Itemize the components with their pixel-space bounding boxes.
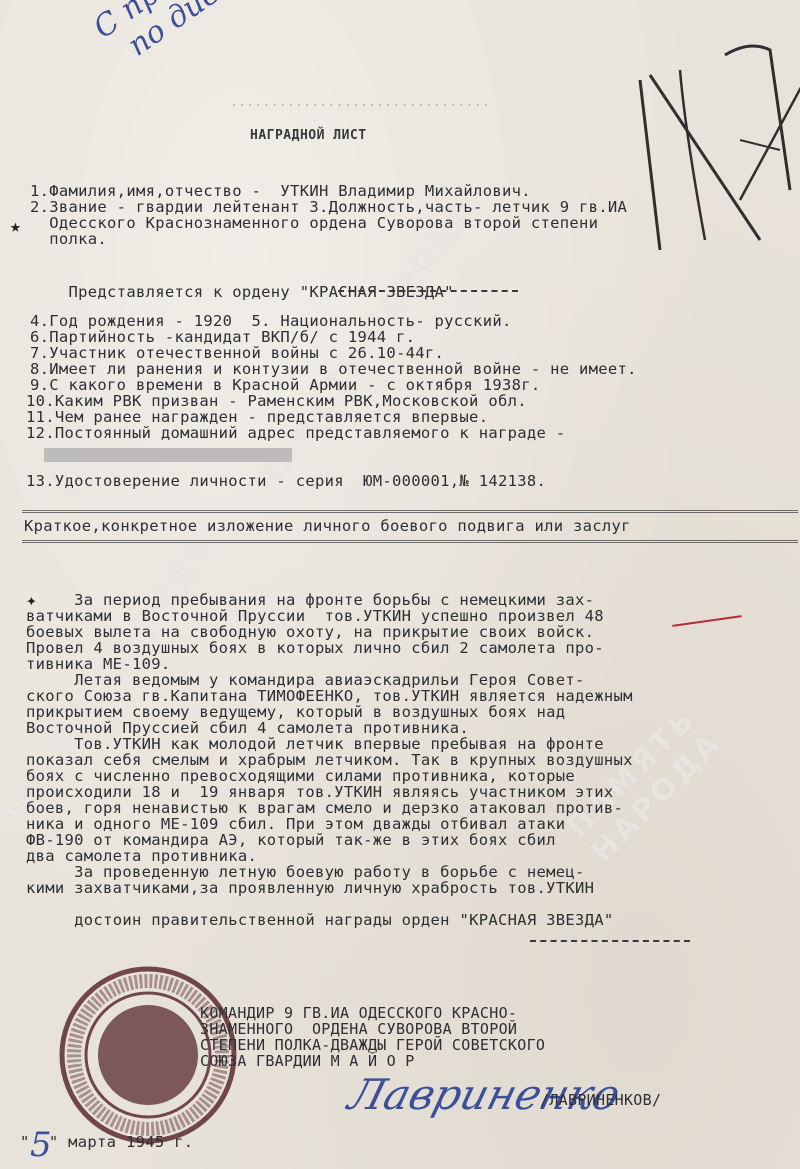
signature-block-line: СОЮЗА ГВАРДИИ М А Й О Р xyxy=(200,1053,415,1069)
faded-header: ................................ xyxy=(230,95,490,111)
field-line: 12.Постоянный домашний адрес представляе… xyxy=(26,425,565,441)
field-line: полка. xyxy=(30,231,107,247)
narrative-line: прикрытием своему ведущему, который в во… xyxy=(26,704,633,720)
document-title: НАГРАДНОЙ ЛИСТ xyxy=(250,128,367,144)
field-line: 13.Удостоверение личности - серия ЮМ-000… xyxy=(26,473,546,489)
narrative-line: Провел 4 воздушных боях в которых лично … xyxy=(26,640,633,656)
number-187-strokes xyxy=(630,40,800,260)
narrative-order-underline xyxy=(530,940,690,942)
signature-block-line: ЗНАМЕННОГО ОРДЕНА СУВОРОВА ВТОРОЙ xyxy=(200,1021,517,1037)
section-heading: Краткое,конкретное изложение личного бое… xyxy=(24,518,631,534)
narrative-order: "КРАСНАЯ ЗВЕЗДА" xyxy=(459,911,613,929)
narrative: За период пребывания на фронте борьбы с … xyxy=(26,592,633,944)
narrative-line: кими захватчиками,за проявленную личную … xyxy=(26,880,633,896)
narrative-line: два самолета противника. xyxy=(26,848,633,864)
field-line: 10.Каким РВК призван - Раменским РВК,Мос… xyxy=(26,393,527,409)
narrative-line: боевых вылета на свободную охоту, на при… xyxy=(26,624,633,640)
field-line: 9.С какого времени в Красной Армии - с о… xyxy=(30,377,540,393)
narrative-line: За проведенную летную боевую работу в бо… xyxy=(26,864,633,880)
redacted-address xyxy=(44,448,292,462)
narrative-line: Летая ведомым у командира авиаэскадрильи… xyxy=(26,672,633,688)
field-line: 2.Звание - гвардии лейтенант 3.Должность… xyxy=(30,199,627,215)
narrative-line: боях с численно превосходящими силами пр… xyxy=(26,768,633,784)
field-line: 4.Год рождения - 1920 5. Национальность-… xyxy=(30,313,512,329)
field-line: 11.Чем ранее награжден - представляется … xyxy=(26,409,488,425)
narrative-line: достоин правительственной награды орден … xyxy=(26,896,633,944)
signature-block-line: СТЕПЕНИ ПОЛКА-ДВАЖДЫ ГЕРОЙ СОВЕТСКОГО xyxy=(200,1037,545,1053)
star-bullet-icon: ★ xyxy=(10,216,21,237)
narrative-line: ФВ-190 от командира АЭ, который так-же в… xyxy=(26,832,633,848)
field-line: Одесского Краснознаменного ордена Суворо… xyxy=(30,215,598,231)
date-text: " " марта 1945 г. xyxy=(20,1134,193,1150)
narrative-line: ватчиками в Восточной Пруссии тов.УТКИН … xyxy=(26,608,633,624)
narrative-line: За период пребывания на фронте борьбы с … xyxy=(26,592,633,608)
signature-block-line: КОМАНДИР 9 ГВ.ИА ОДЕССКОГО КРАСНО- xyxy=(200,1005,517,1021)
narrative-line: показал себя смелым и храбрым летчиком. … xyxy=(26,752,633,768)
field-line: 7.Участник отечественной войны с 26.10-4… xyxy=(30,345,444,361)
narrative-line: происходили 18 и 19 января тов.УТКИН явл… xyxy=(26,784,633,800)
signer-name: /ЛАВРИНЕНКОВ/ xyxy=(540,1092,661,1108)
narrative-closing: достоин правительственной награды орден xyxy=(65,911,460,929)
narrative-line: тивника МЕ-109. xyxy=(26,656,633,672)
separator xyxy=(22,540,798,543)
narrative-line: Восточной Пруссией сбил 4 самолета проти… xyxy=(26,720,633,736)
nomination-underline xyxy=(338,290,518,292)
field-line: 1.Фамилия,имя,отчество - УТКИН Владимир … xyxy=(30,183,531,199)
narrative-line: ского Союза гв.Капитана ТИМОФЕЕНКО, тов.… xyxy=(26,688,633,704)
handwritten-number: 187 xyxy=(630,40,800,260)
narrative-line: боев, горя ненавистью к врагам смело и д… xyxy=(26,800,633,816)
narrative-line: ника и одного МЕ-109 сбил. При этом дваж… xyxy=(26,816,633,832)
nomination-prefix: Представляется к ордену xyxy=(49,283,299,301)
nomination-order: "КРАСНАЯ ЗВЕЗДА" xyxy=(300,283,454,301)
nomination-line: Представляется к ордену "КРАСНАЯ ЗВЕЗДА" xyxy=(30,268,454,300)
field-line: 6.Партийность -кандидат ВКП/б/ с 1944 г. xyxy=(30,329,415,345)
narrative-line: Тов.УТКИН как молодой летчик впервые пре… xyxy=(26,736,633,752)
field-line: 8.Имеет ли ранения и контузии в отечеств… xyxy=(30,361,637,377)
separator xyxy=(22,510,798,513)
